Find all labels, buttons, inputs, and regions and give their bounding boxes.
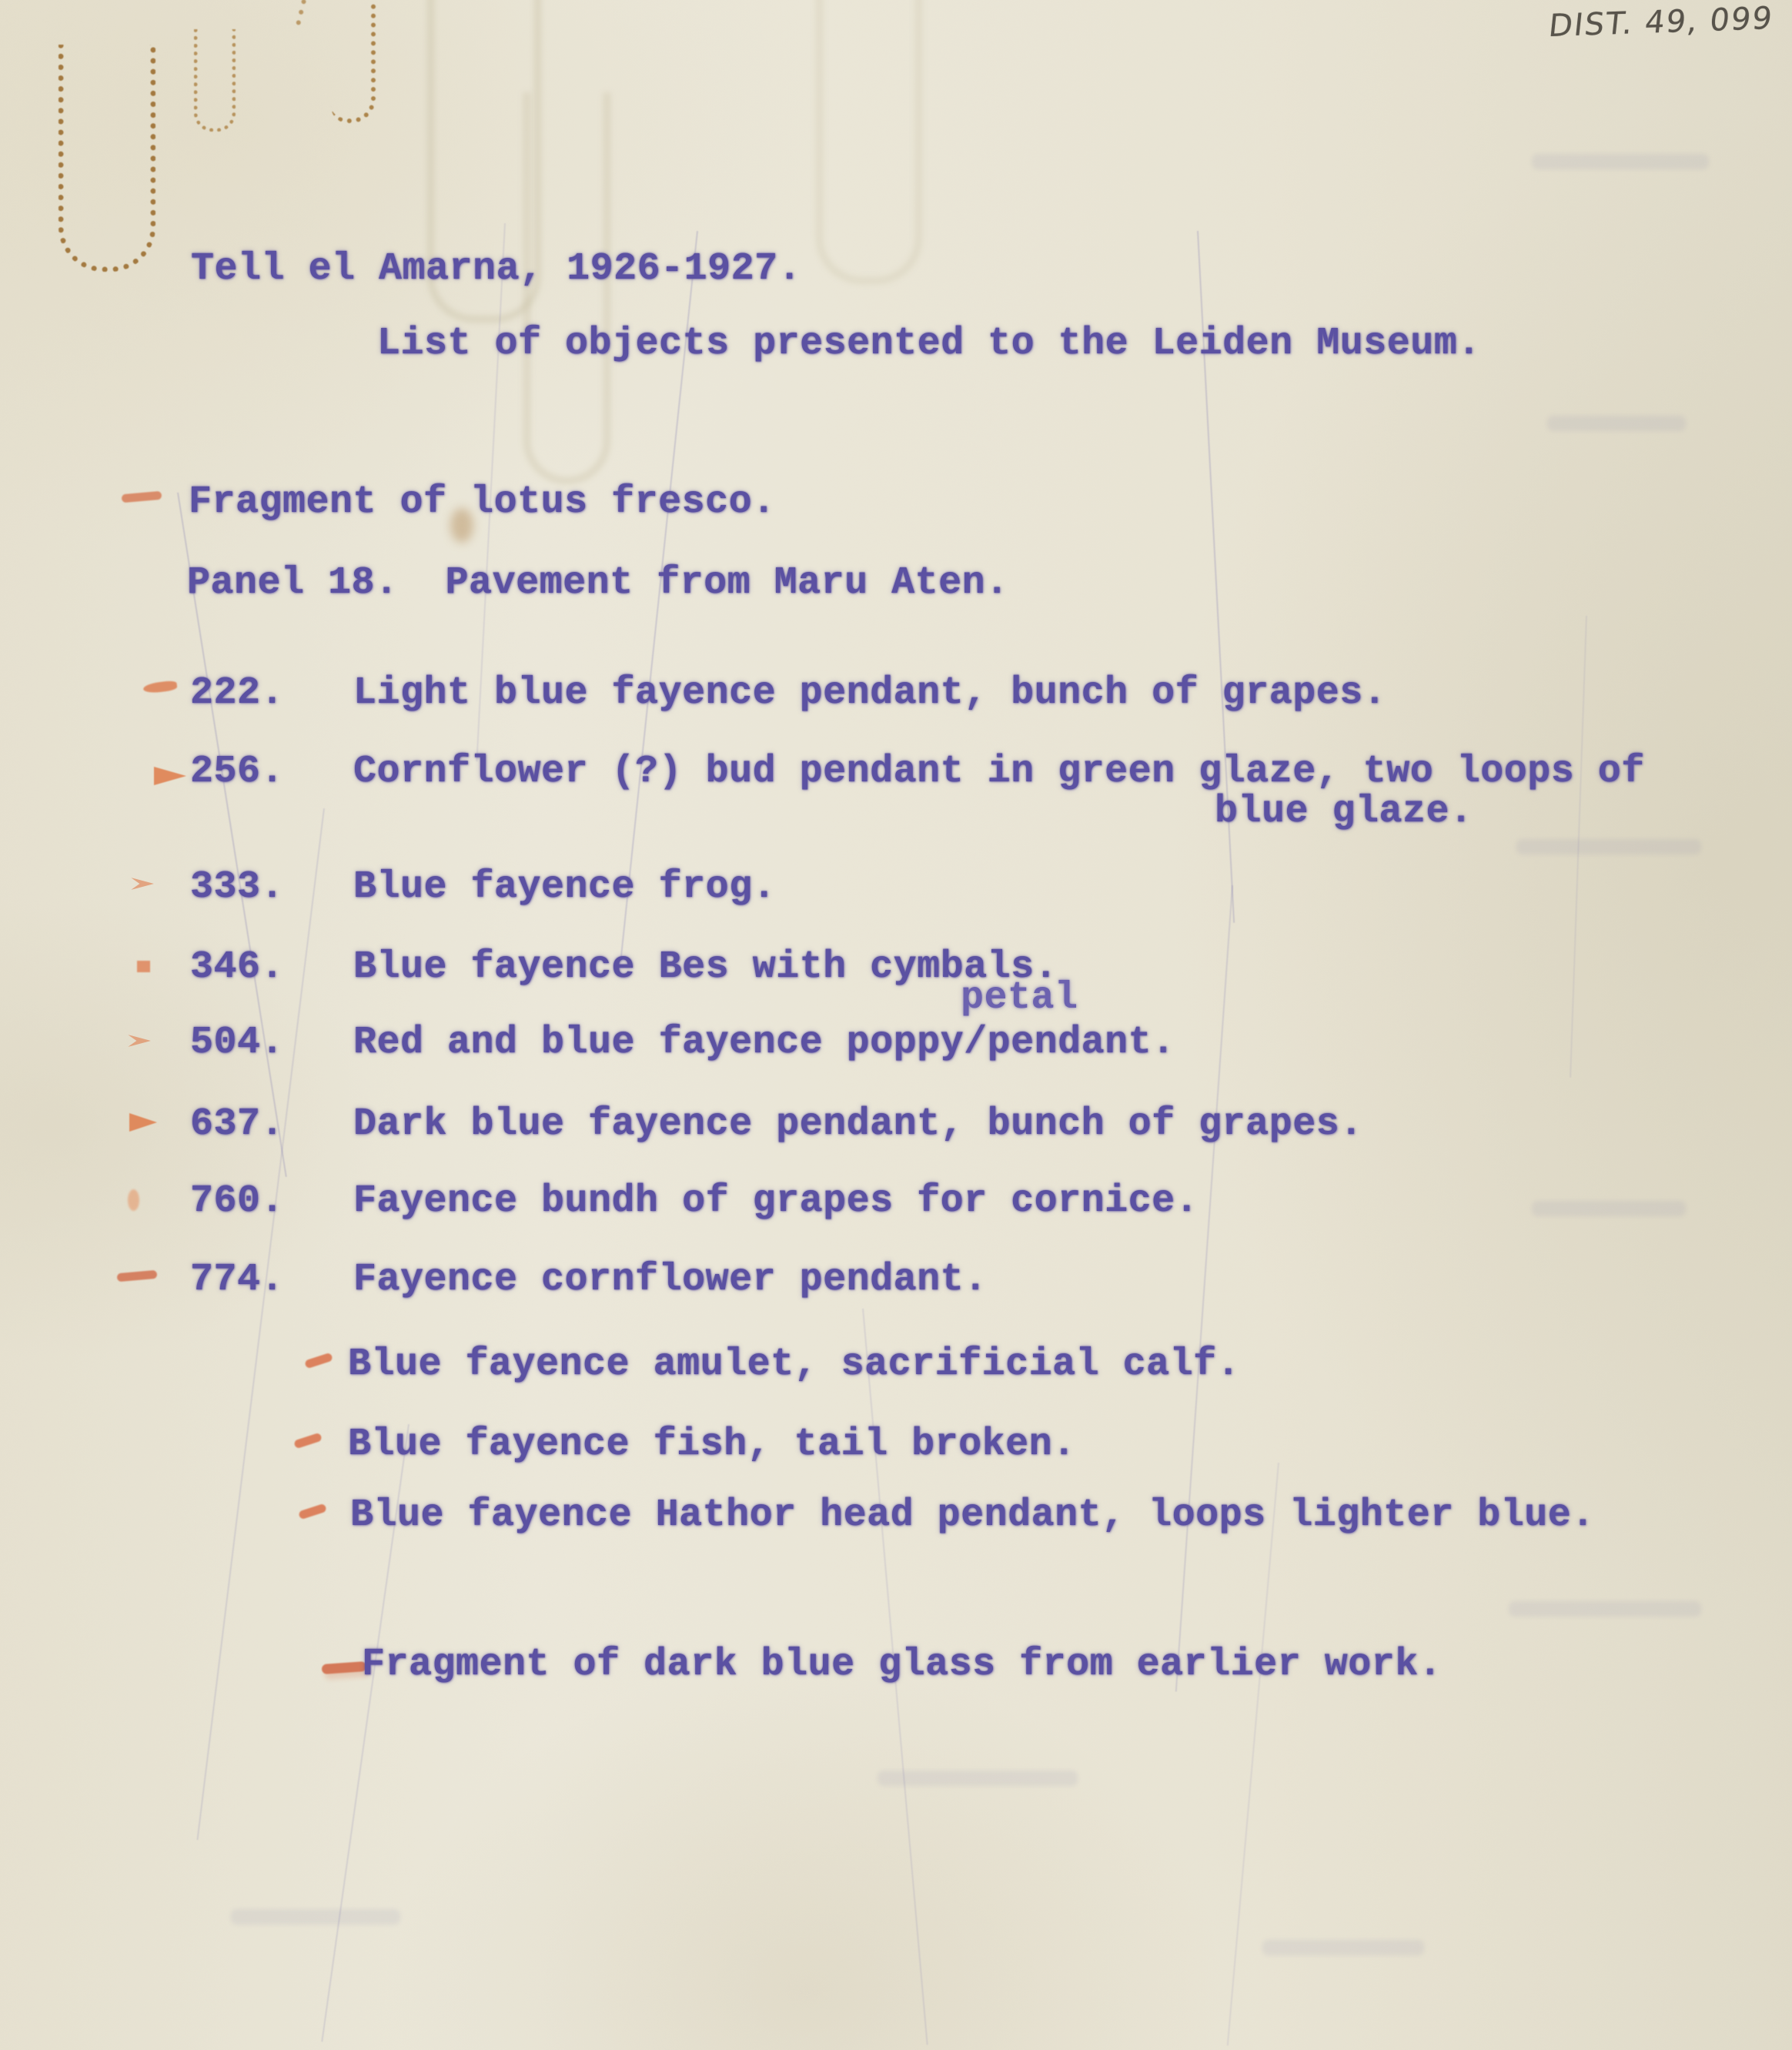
inserted-word: petal bbox=[961, 979, 1078, 1018]
item-number: 333. bbox=[190, 868, 353, 907]
ink-scratch bbox=[1175, 885, 1233, 1692]
item-number: 222. bbox=[190, 674, 353, 713]
item-text: Red and blue fayence poppy/pendant. bbox=[353, 1021, 1175, 1065]
item-text: Light blue fayence pendant, bunch of gra… bbox=[353, 671, 1386, 715]
paperclip-stain bbox=[331, 3, 376, 123]
bleedthrough-text bbox=[1532, 1201, 1686, 1216]
ink-scratch bbox=[1227, 1463, 1279, 2045]
tick-mark bbox=[322, 1661, 367, 1674]
item-text: Blue fayence Hathor head pendant, loops … bbox=[350, 1497, 1595, 1535]
item-number: 774. bbox=[190, 1261, 353, 1299]
item-number: 256. bbox=[190, 753, 353, 791]
bleedthrough-text bbox=[1262, 1940, 1424, 1955]
item-text: Dark blue fayence pendant, bunch of grap… bbox=[353, 1102, 1363, 1146]
item-text: Blue fayence amulet, sacrificial calf. bbox=[348, 1346, 1240, 1384]
tick-mark bbox=[128, 1035, 151, 1047]
paperclip-stain bbox=[194, 29, 236, 132]
item-text: Blue fayence fish, tail broken. bbox=[348, 1426, 1076, 1464]
bleedthrough-text bbox=[231, 1909, 400, 1925]
item-text-continuation: blue glaze. bbox=[1215, 793, 1473, 831]
document-page: DIST. 49, 099 Tell el Amarna, 1926-1927.… bbox=[0, 0, 1792, 2050]
pencil-annotation: DIST. 49, 099 bbox=[1547, 1, 1775, 44]
item-text: Fayence cornflower pendant. bbox=[353, 1258, 988, 1302]
tick-mark bbox=[122, 491, 162, 503]
bleedthrough-text bbox=[1532, 154, 1709, 169]
item-text: Fragment of dark blue glass from earlier… bbox=[362, 1646, 1442, 1684]
item-text: Panel 18. Pavement from Maru Aten. bbox=[187, 564, 1009, 603]
tick-mark bbox=[304, 1353, 333, 1369]
paperclip-stain bbox=[296, 0, 314, 27]
item-text: Fayence bundh of grapes for cornice. bbox=[353, 1179, 1199, 1223]
tick-mark bbox=[129, 1113, 157, 1132]
page-title: Tell el Amarna, 1926-1927. bbox=[191, 250, 801, 289]
tick-mark bbox=[131, 878, 154, 890]
item-number: 504. bbox=[190, 1024, 353, 1062]
page-subtitle: List of objects presented to the Leiden … bbox=[377, 325, 1481, 363]
item-number: 637. bbox=[190, 1105, 353, 1144]
tick-mark bbox=[137, 961, 150, 972]
item-text: Cornflower (?) bud pendant in green glaz… bbox=[353, 750, 1645, 794]
tick-mark bbox=[128, 1189, 139, 1211]
item-number: 346. bbox=[190, 948, 353, 987]
tick-mark bbox=[117, 1270, 158, 1282]
item-text: Blue fayence frog. bbox=[353, 865, 776, 909]
bleedthrough-text bbox=[878, 1771, 1078, 1786]
bleedthrough-text bbox=[1509, 1601, 1701, 1617]
paperclip-impression bbox=[816, 0, 922, 284]
tick-mark bbox=[142, 680, 177, 694]
item-text: Fragment of lotus fresco. bbox=[189, 483, 776, 522]
tick-mark bbox=[298, 1503, 327, 1520]
item-number: 760. bbox=[190, 1182, 353, 1221]
bleedthrough-text bbox=[1516, 839, 1701, 854]
bleedthrough-text bbox=[1547, 416, 1686, 431]
tick-mark bbox=[154, 767, 186, 785]
paperclip-stain bbox=[59, 45, 155, 272]
item-text: Blue fayence Bes with cymbals. bbox=[353, 945, 1058, 989]
tick-mark bbox=[293, 1433, 323, 1450]
